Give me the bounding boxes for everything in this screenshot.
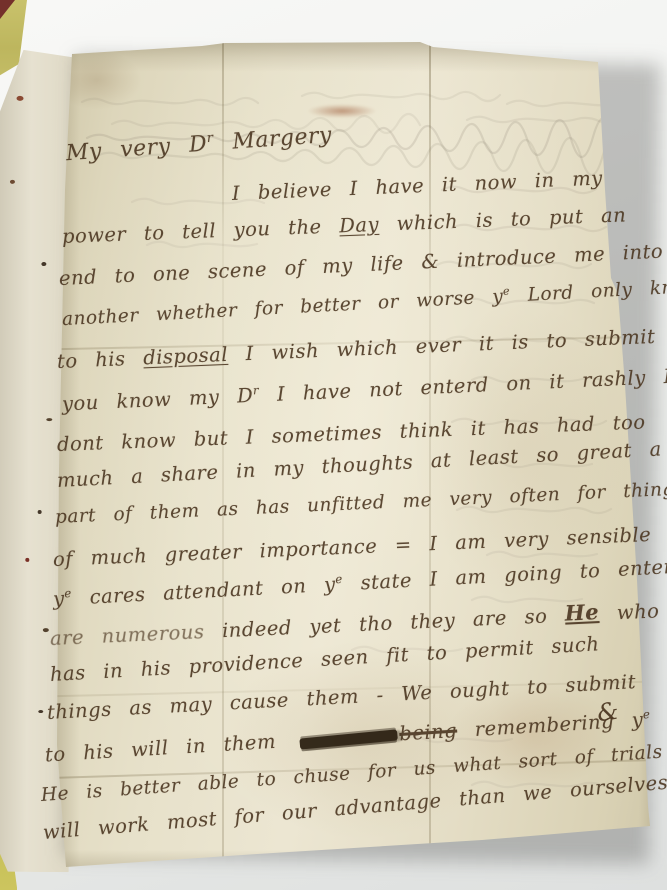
letter-line: power to tell you the Day which is to pu…	[62, 203, 627, 248]
letter-word-segment: Lord only knows	[510, 275, 667, 307]
letter-word-segment: state I am going to enter	[342, 555, 667, 595]
letter-line: to his disposal I wish which ever it is …	[57, 325, 656, 373]
letter-word-segment: I believe I have it now in my	[232, 166, 604, 205]
letter-word-segment: being	[399, 719, 458, 745]
letter-word-segment: to his	[57, 346, 144, 373]
letter-word-segment: power to tell you the	[62, 214, 340, 248]
letter-word-segment: He	[564, 599, 599, 626]
letter-word-segment: disposal	[143, 343, 229, 370]
letter-line: you know my Dr I have not enterd on it r…	[61, 364, 667, 415]
letter-word-segment: remembering y	[456, 708, 643, 742]
letter-word-segment: to his will in them	[44, 729, 294, 767]
crossed-out-word	[299, 729, 398, 749]
letter-word-segment: cares attendant on y	[71, 573, 336, 610]
letter-word-segment: e	[642, 707, 650, 721]
letter-word-segment: another whether for better or worse y	[61, 286, 503, 330]
letter-word-segment: you know my D	[61, 384, 253, 416]
letter-word-segment: I wish which ever it is to submit	[227, 325, 655, 366]
letter-line: My very Dr Margery	[65, 122, 333, 166]
letter-word-segment: who	[599, 599, 660, 625]
photograph-of-manuscript-letter: & My very Dr MargeryI believe I have it …	[0, 0, 667, 890]
letter-word-segment: My very D	[65, 131, 208, 166]
letter-word-segment: I have not enterd on it rashly I	[259, 365, 667, 407]
letter-word-segment: Day	[339, 213, 380, 238]
letter-word-segment: are numerous	[50, 620, 205, 650]
letter-text: & My very Dr MargeryI believe I have it …	[0, 0, 667, 890]
letter-word-segment: which is to put an	[379, 203, 627, 235]
letter-word-segment: Margery	[213, 123, 333, 156]
letter-line: I believe I have it now in my	[232, 166, 604, 205]
